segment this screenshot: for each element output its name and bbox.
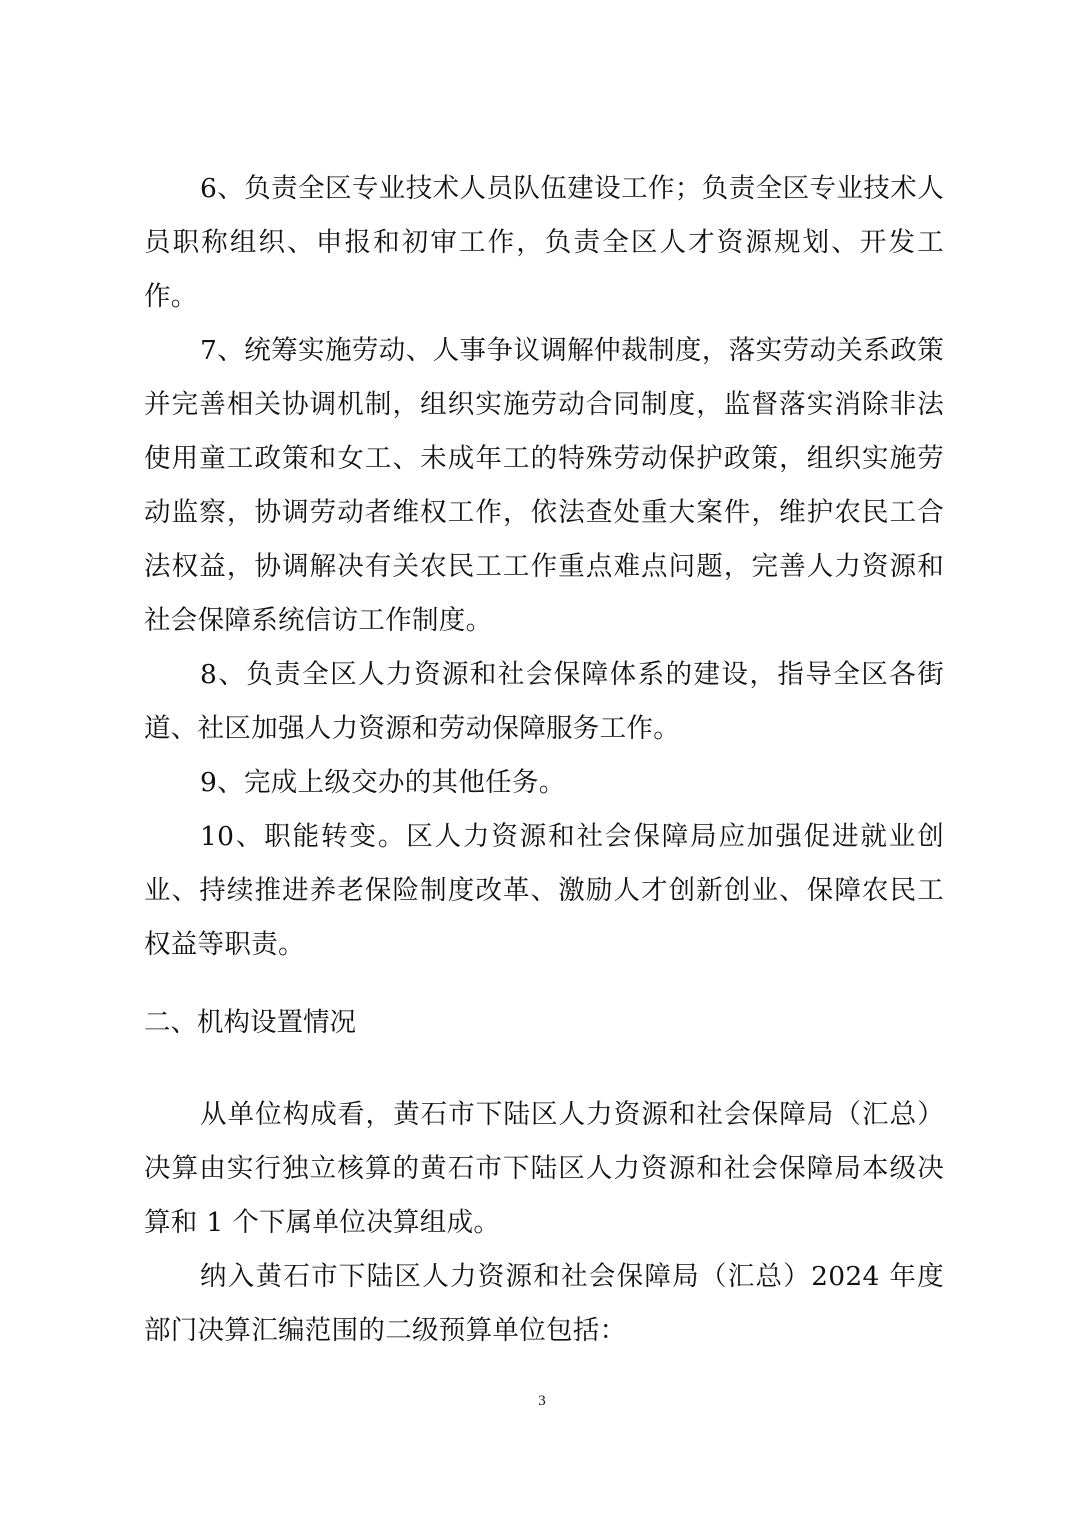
document-page: 6、负责全区专业技术人员队伍建设工作；负责全区专业技术人员职称组织、申报和初审工…: [0, 0, 1074, 1520]
paragraph-item-7: 7、统筹实施劳动、人事争议调解仲裁制度，落实劳动关系政策并完善相关协调机制，组织…: [144, 324, 944, 648]
page-number: 3: [0, 1393, 1074, 1410]
paragraph-item-6: 6、负责全区专业技术人员队伍建设工作；负责全区专业技术人员职称组织、申报和初审工…: [144, 162, 944, 324]
paragraph-unit-composition: 从单位构成看，黄石市下陆区人力资源和社会保障局（汇总）决算由实行独立核算的黄石市…: [144, 1088, 944, 1250]
paragraph-item-9: 9、完成上级交办的其他任务。: [144, 756, 944, 810]
paragraph-item-10: 10、职能转变。区人力资源和社会保障局应加强促进就业创业、持续推进养老保险制度改…: [144, 810, 944, 972]
section-heading: 二、机构设置情况: [144, 996, 356, 1050]
paragraph-item-8: 8、负责全区人力资源和社会保障体系的建设，指导全区各街道、社区加强人力资源和劳动…: [144, 648, 944, 756]
paragraph-scope: 纳入黄石市下陆区人力资源和社会保障局（汇总）2024 年度部门决算汇编范围的二级…: [144, 1250, 944, 1358]
